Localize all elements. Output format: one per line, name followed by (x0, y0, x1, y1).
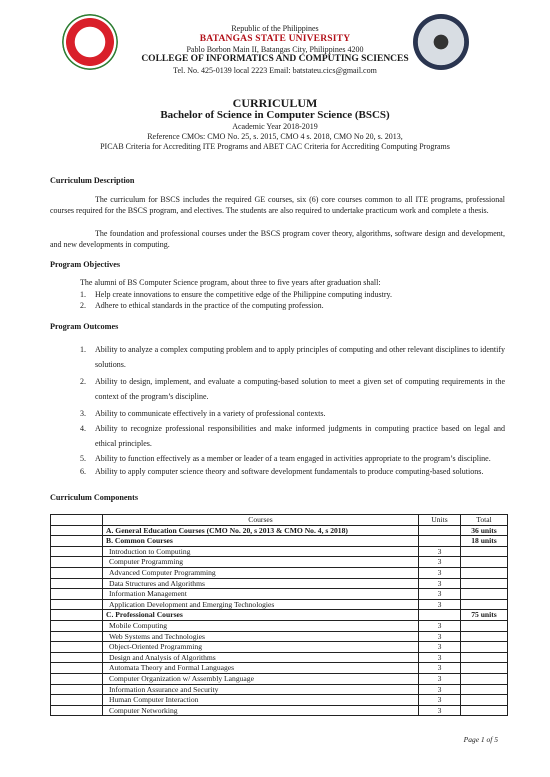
units-cell: 3 (419, 652, 461, 663)
row-blank-cell (51, 684, 103, 695)
row-blank-cell (51, 673, 103, 684)
table-row: Introduction to Computing3 (51, 546, 508, 557)
header-cell-total: Total (461, 515, 508, 526)
row-blank-cell (51, 652, 103, 663)
table-row: Human Computer Interaction3 (51, 695, 508, 706)
row-blank-cell (51, 705, 103, 716)
course-cell: Computer Programming (103, 557, 419, 568)
outcomes-heading: Program Outcomes (50, 322, 118, 331)
program-title: Bachelor of Science in Computer Science … (0, 109, 550, 121)
units-cell: 3 (419, 557, 461, 568)
course-cell: Human Computer Interaction (103, 695, 419, 706)
units-cell: 3 (419, 567, 461, 578)
units-cell: 3 (419, 578, 461, 589)
units-cell: 3 (419, 705, 461, 716)
objectives-list: 1.Help create innovations to ensure the … (80, 289, 505, 311)
units-cell: 3 (419, 631, 461, 642)
units-cell: 3 (419, 695, 461, 706)
table-header-row: Courses Units Total (51, 515, 508, 526)
reference-cmos: Reference CMOs: CMO No. 25, s. 2015, CMO… (0, 132, 550, 142)
row-blank-cell (51, 663, 103, 674)
total-cell (461, 642, 508, 653)
row-blank-cell (51, 567, 103, 578)
table-row: Object-Oriented Programming3 (51, 642, 508, 653)
total-cell (461, 663, 508, 674)
course-cell: Automata Theory and Formal Languages (103, 663, 419, 674)
table-row: Design and Analysis of Algorithms3 (51, 652, 508, 663)
total-cell (461, 695, 508, 706)
table-row: Application Development and Emerging Tec… (51, 599, 508, 610)
header-college: COLLEGE OF INFORMATICS AND COMPUTING SCI… (0, 54, 550, 64)
row-blank-cell (51, 599, 103, 610)
objective-item: 2.Adhere to ethical standards in the pra… (80, 300, 505, 311)
total-cell (461, 673, 508, 684)
course-cell: A. General Education Courses (CMO No. 20… (103, 525, 419, 536)
course-cell: Introduction to Computing (103, 546, 419, 557)
units-cell (419, 525, 461, 536)
total-cell (461, 557, 508, 568)
course-cell: Object-Oriented Programming (103, 642, 419, 653)
table-row: Data Structures and Algorithms3 (51, 578, 508, 589)
table-row: A. General Education Courses (CMO No. 20… (51, 525, 508, 536)
outcome-item: 6.Ability to apply computer science theo… (80, 466, 505, 477)
row-blank-cell (51, 695, 103, 706)
course-cell: Application Development and Emerging Tec… (103, 599, 419, 610)
units-cell (419, 610, 461, 621)
row-blank-cell (51, 578, 103, 589)
total-cell: 75 units (461, 610, 508, 621)
page-number: Page 1 of 5 (464, 735, 498, 744)
course-cell: Mobile Computing (103, 620, 419, 631)
total-cell (461, 589, 508, 600)
row-blank-cell (51, 546, 103, 557)
units-cell: 3 (419, 620, 461, 631)
total-cell: 18 units (461, 536, 508, 547)
units-cell: 3 (419, 673, 461, 684)
outcome-item: 4.Ability to recognize professional resp… (80, 421, 505, 451)
units-cell: 3 (419, 546, 461, 557)
curriculum-components-table: Courses Units Total A. General Education… (50, 514, 508, 716)
units-cell: 3 (419, 589, 461, 600)
outcome-item: 1.Ability to analyze a complex computing… (80, 342, 505, 372)
course-cell: C. Professional Courses (103, 610, 419, 621)
table-row: Information Assurance and Security3 (51, 684, 508, 695)
row-blank-cell (51, 631, 103, 642)
outcome-item: 5.Ability to function effectively as a m… (80, 451, 505, 466)
description-heading: Curriculum Description (50, 176, 134, 185)
row-blank-cell (51, 589, 103, 600)
header-contact: Tel. No. 425-0139 local 2223 Email: bats… (0, 66, 550, 76)
row-blank-cell (51, 536, 103, 547)
total-cell (461, 620, 508, 631)
table-row: Computer Organization w/ Assembly Langua… (51, 673, 508, 684)
table-row: Advanced Computer Programming3 (51, 567, 508, 578)
course-cell: B. Common Courses (103, 536, 419, 547)
total-cell (461, 578, 508, 589)
table-row: Computer Networking3 (51, 705, 508, 716)
units-cell: 3 (419, 684, 461, 695)
table-row: Mobile Computing3 (51, 620, 508, 631)
description-paragraph-1: The curriculum for BSCS includes the req… (50, 194, 505, 216)
row-blank-cell (51, 557, 103, 568)
header-cell-blank (51, 515, 103, 526)
units-cell (419, 536, 461, 547)
row-blank-cell (51, 620, 103, 631)
course-cell: Data Structures and Algorithms (103, 578, 419, 589)
table-row: C. Professional Courses75 units (51, 610, 508, 621)
course-cell: Design and Analysis of Algorithms (103, 652, 419, 663)
table-row: Automata Theory and Formal Languages3 (51, 663, 508, 674)
total-cell (461, 684, 508, 695)
table-row: Computer Programming3 (51, 557, 508, 568)
course-cell: Advanced Computer Programming (103, 567, 419, 578)
total-cell (461, 567, 508, 578)
objectives-heading: Program Objectives (50, 260, 120, 269)
header-cell-units: Units (419, 515, 461, 526)
total-cell (461, 705, 508, 716)
course-cell: Computer Organization w/ Assembly Langua… (103, 673, 419, 684)
header-cell-courses: Courses (103, 515, 419, 526)
table-row: Web Systems and Technologies3 (51, 631, 508, 642)
academic-year: Academic Year 2018-2019 (0, 122, 550, 132)
course-cell: Information Assurance and Security (103, 684, 419, 695)
total-cell: 36 units (461, 525, 508, 536)
total-cell (461, 546, 508, 557)
row-blank-cell (51, 525, 103, 536)
accreditation-criteria: PICAB Criteria for Accrediting ITE Progr… (0, 142, 550, 152)
course-cell: Computer Networking (103, 705, 419, 716)
outcome-item: 2.Ability to design, implement, and eval… (80, 374, 505, 404)
outcome-item: 3.Ability to communicate effectively in … (80, 406, 505, 421)
objectives-intro: The alumni of BS Computer Science progra… (80, 278, 381, 287)
outcomes-list: 1.Ability to analyze a complex computing… (80, 342, 505, 477)
table-row: B. Common Courses18 units (51, 536, 508, 547)
total-cell (461, 599, 508, 610)
total-cell (461, 631, 508, 642)
units-cell: 3 (419, 663, 461, 674)
units-cell: 3 (419, 599, 461, 610)
total-cell (461, 652, 508, 663)
row-blank-cell (51, 610, 103, 621)
description-paragraph-2: The foundation and professional courses … (50, 228, 505, 250)
components-heading: Curriculum Components (50, 493, 138, 502)
course-cell: Web Systems and Technologies (103, 631, 419, 642)
header-republic: Republic of the Philippines (0, 24, 550, 34)
header-university: BATANGAS STATE UNIVERSITY (0, 34, 550, 44)
course-cell: Information Management (103, 589, 419, 600)
table-row: Information Management3 (51, 589, 508, 600)
objective-item: 1.Help create innovations to ensure the … (80, 289, 505, 300)
row-blank-cell (51, 642, 103, 653)
units-cell: 3 (419, 642, 461, 653)
